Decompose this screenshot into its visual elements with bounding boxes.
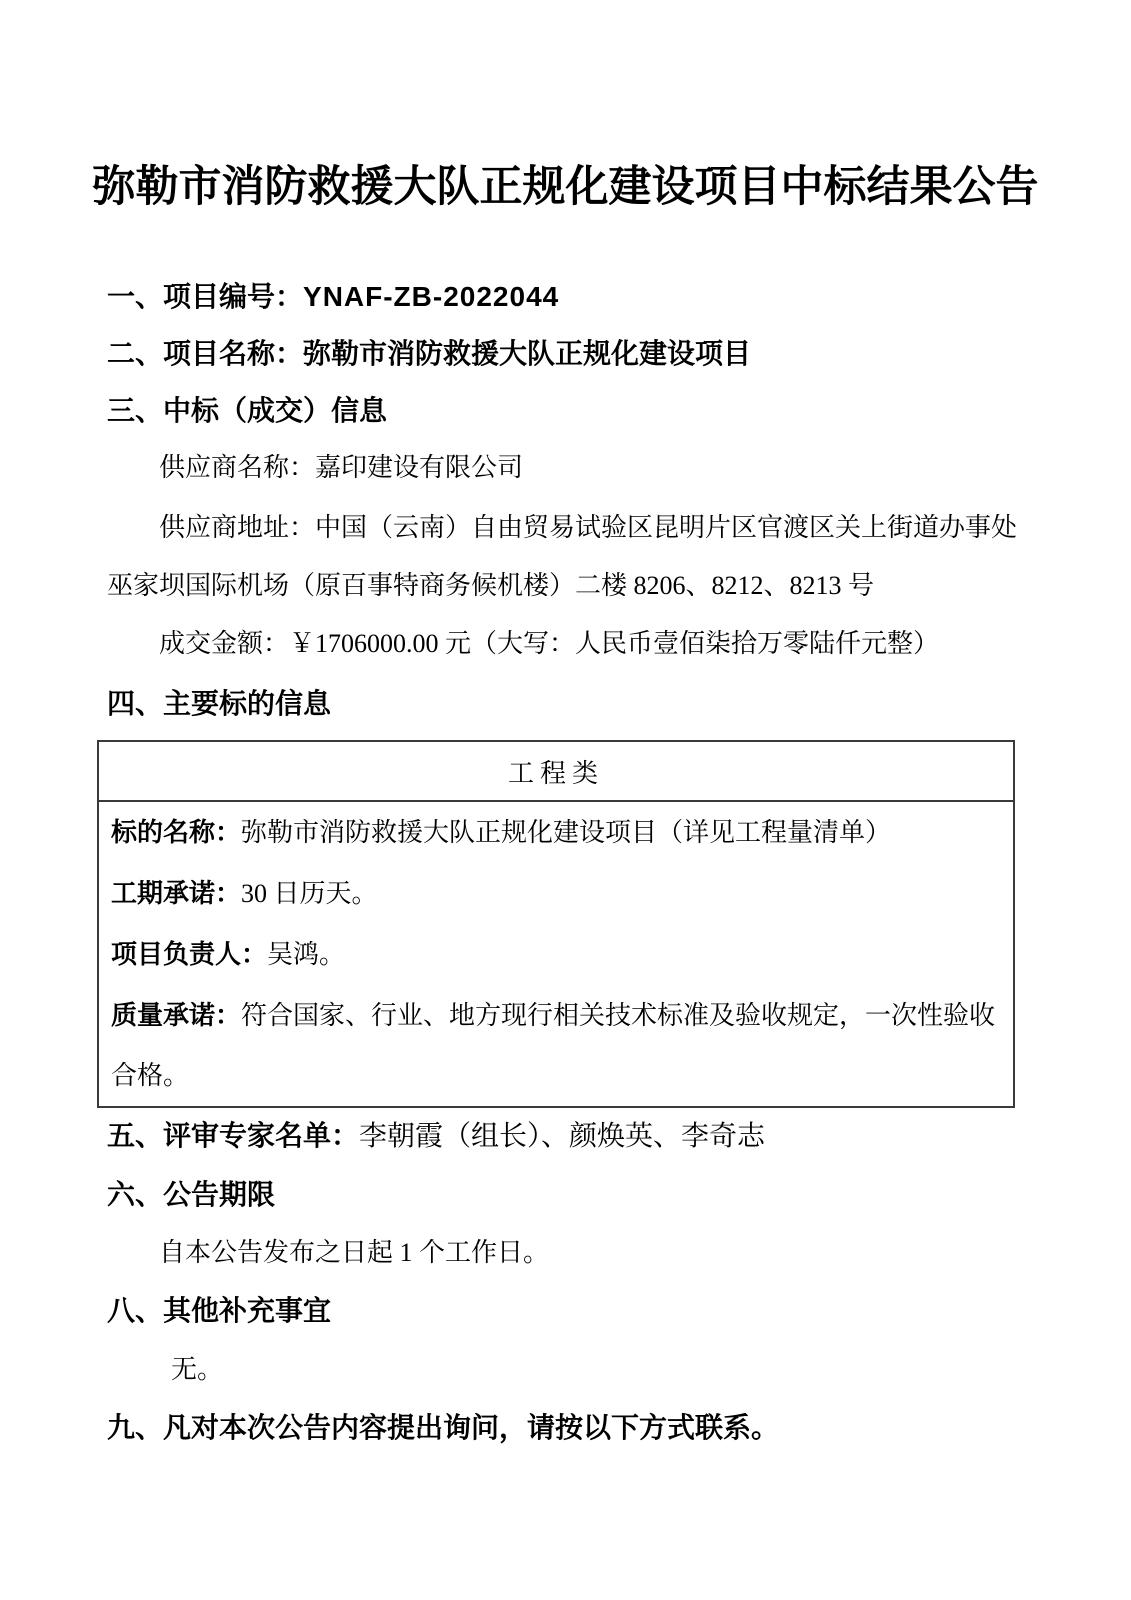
table-body: 标的名称：弥勒市消防救援大队正规化建设项目（详见工程量清单） 工期承诺：30 日…: [99, 802, 1013, 1106]
bid-subject-table: 工程类 标的名称：弥勒市消防救援大队正规化建设项目（详见工程量清单） 工期承诺：…: [97, 740, 1015, 1108]
section4-heading: 四、主要标的信息: [107, 687, 1023, 721]
table-row: 标的名称：弥勒市消防救援大队正规化建设项目（详见工程量清单）: [111, 802, 1005, 863]
section6-body: 自本公告发布之日起 1 个工作日。: [107, 1224, 1019, 1282]
section6-heading: 六、公告期限: [107, 1178, 1023, 1212]
section8-heading: 八、其他补充事宜: [107, 1294, 1023, 1328]
supplier-name-line: 供应商名称：嘉印建设有限公司: [107, 439, 1019, 497]
row-quality-label: 质量承诺：: [111, 1000, 241, 1030]
amount-line: 成交金额：￥1706000.00 元（大写：人民币壹佰柒拾万零陆仟元整）: [107, 615, 1019, 673]
section2-project-name: 二、项目名称：弥勒市消防救援大队正规化建设项目: [107, 337, 1023, 371]
supplier-address-label: 供应商地址：: [159, 513, 315, 542]
page-title: 弥勒市消防救援大队正规化建设项目中标结果公告: [0, 158, 1131, 218]
section2-label: 二、项目名称：: [107, 338, 303, 369]
supplier-address-line: 供应商地址：中国（云南）自由贸易试验区昆明片区官渡区关上街道办事处巫家坝国际机场…: [107, 499, 1019, 615]
row-duration-value: 30 日历天。: [241, 879, 378, 908]
section2-value: 弥勒市消防救援大队正规化建设项目: [303, 338, 751, 369]
section5-value: 李朝霞（组长）、颜焕英、李奇志: [359, 1121, 765, 1152]
amount-label: 成交金额：: [159, 629, 289, 658]
section9-heading: 九、凡对本次公告内容提出询问，请按以下方式联系。: [107, 1411, 1023, 1445]
supplier-name-label: 供应商名称：: [159, 453, 315, 482]
row-subject-label: 标的名称：: [111, 817, 241, 847]
supplier-name-value: 嘉印建设有限公司: [315, 453, 523, 482]
row-duration-label: 工期承诺：: [111, 878, 241, 908]
section5-experts: 五、评审专家名单：李朝霞（组长）、颜焕英、李奇志: [107, 1119, 1023, 1154]
section1-project-number: 一、项目编号：YNAF-ZB-2022044: [107, 280, 1023, 314]
table-row: 工期承诺：30 日历天。: [111, 863, 1005, 924]
table-row: 质量承诺：符合国家、行业、地方现行相关技术标准及验收规定，一次性验收合格。: [111, 985, 1005, 1106]
table-header-project-type: 工程类: [99, 742, 1013, 802]
announcement-document: 弥勒市消防救援大队正规化建设项目中标结果公告 一、项目编号：YNAF-ZB-20…: [0, 0, 1131, 1600]
table-row: 项目负责人：吴鸿。: [111, 924, 1005, 985]
section1-label: 一、项目编号：: [107, 281, 303, 312]
amount-value: ￥1706000.00 元（大写：人民币壹佰柒拾万零陆仟元整）: [289, 629, 939, 658]
section5-label: 五、评审专家名单：: [107, 1120, 359, 1151]
row-quality-value: 符合国家、行业、地方现行相关技术标准及验收规定，一次性验收合格。: [111, 1001, 995, 1090]
row-manager-label: 项目负责人：: [111, 939, 267, 969]
row-manager-value: 吴鸿。: [267, 940, 345, 969]
row-subject-value: 弥勒市消防救援大队正规化建设项目（详见工程量清单）: [241, 818, 891, 847]
section3-heading: 三、中标（成交）信息: [107, 394, 1023, 428]
section8-body: 无。: [107, 1341, 1019, 1399]
section1-value: YNAF-ZB-2022044: [303, 281, 559, 312]
